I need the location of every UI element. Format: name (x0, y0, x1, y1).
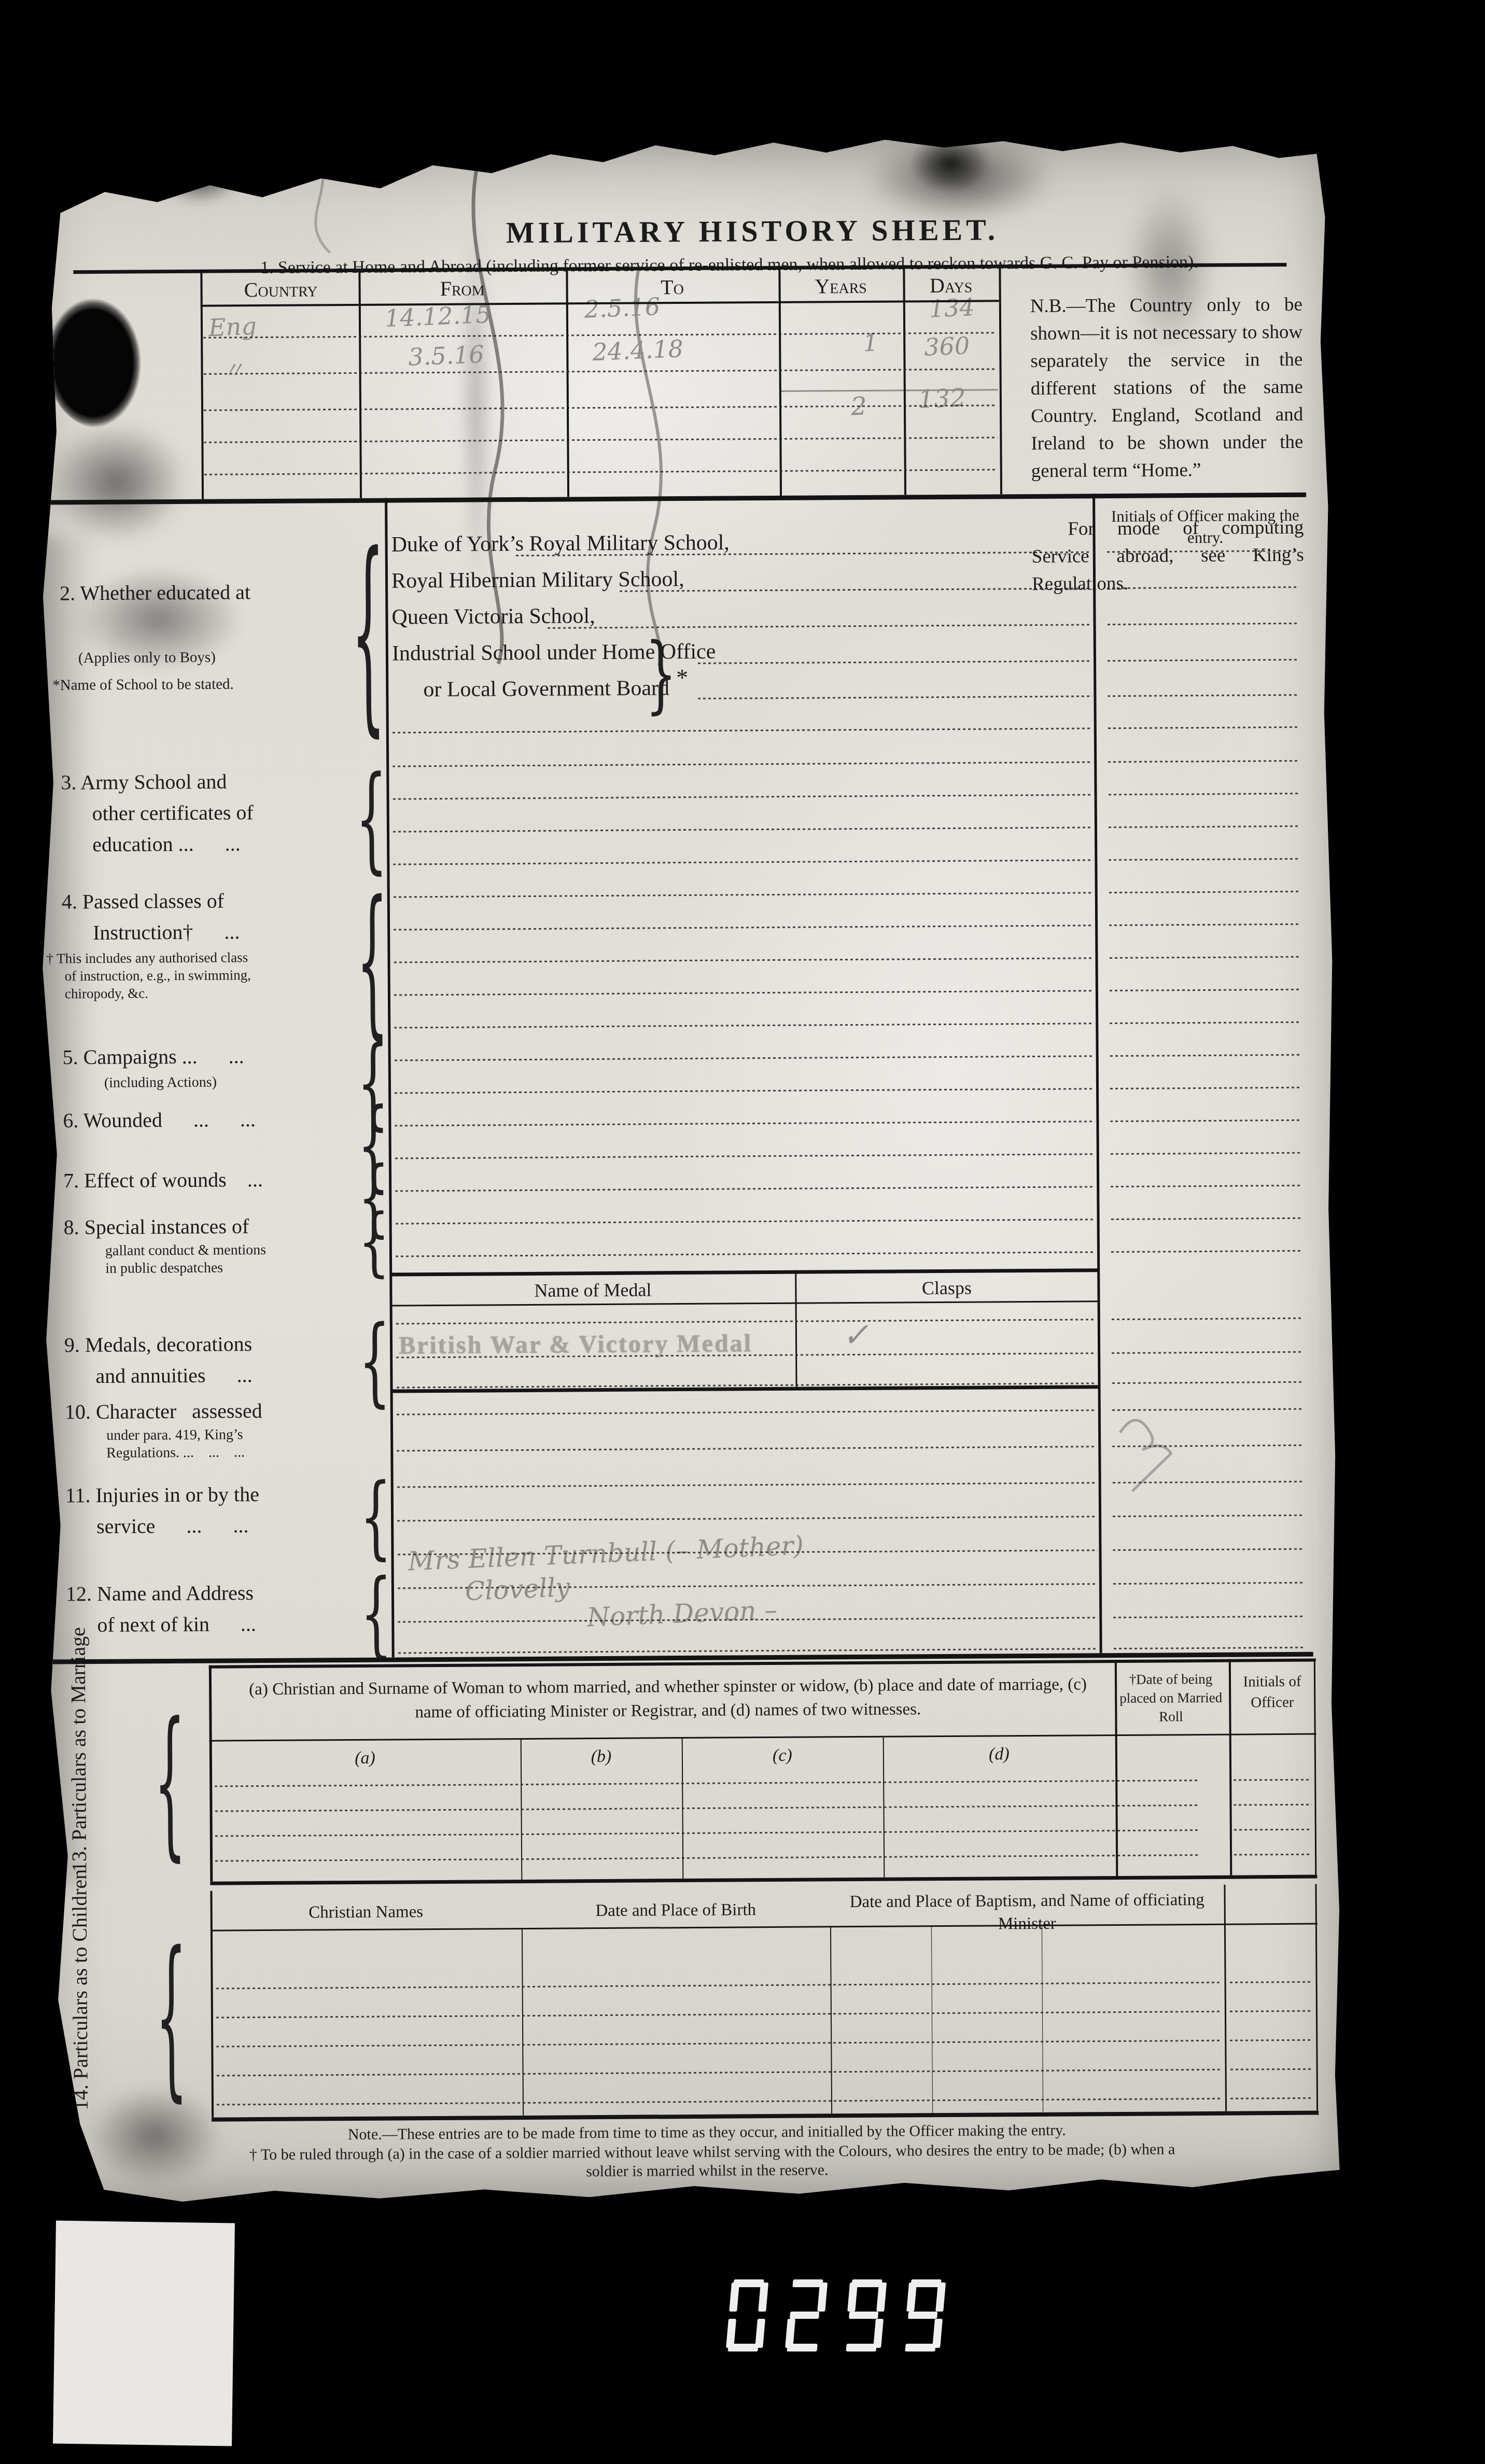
section2-option-5: or Local Government Board (423, 676, 669, 702)
dotted-rule (394, 990, 1094, 996)
dotted-rule (1112, 1445, 1303, 1447)
table-rule (358, 270, 362, 498)
dotted-rule (397, 1382, 1097, 1388)
dotted-rule (398, 1648, 1098, 1654)
frame-number-digit (781, 2277, 829, 2355)
entry-to-2: 24.4.18 (592, 334, 684, 366)
section10-note1: under para. 419, King’s (106, 1426, 243, 1444)
dotted-rule (1113, 1481, 1304, 1483)
frame-number-digit (722, 2277, 769, 2355)
section7-label: 7. Effect of wounds ... (63, 1167, 263, 1193)
table-rule (209, 1733, 1316, 1742)
frame-number-digit (840, 2277, 888, 2355)
dotted-rule (1230, 2097, 1313, 2099)
dotted-rule (1109, 956, 1300, 959)
dotted-rule (1113, 1515, 1304, 1517)
nb-note: N.B.—The Country only to be shown—it is … (1030, 291, 1304, 485)
table-rule (1315, 1884, 1318, 2111)
dotted-rule (396, 1319, 1096, 1324)
dotted-rule (1230, 2068, 1313, 2070)
dotted-rule (1109, 793, 1299, 795)
section2-label: 2. Whether educated at (60, 580, 250, 605)
next-of-kin-name: Mrs Ellen Turnbull (– Mother) (408, 1530, 804, 1576)
frame-number-display (722, 2277, 947, 2355)
dotted-rule (397, 1516, 1097, 1521)
dotted-rule (215, 1780, 1197, 1787)
medal-clasps-header: Clasps (795, 1276, 1098, 1300)
dotted-rule (394, 892, 1094, 898)
section2-option-3: Queen Victoria School, (391, 604, 595, 629)
dotted-rule (1112, 1318, 1302, 1320)
entry-years-total: 2 (850, 391, 867, 421)
dotted-rule (1112, 1381, 1303, 1384)
section3-label: 3. Army School and (61, 769, 227, 794)
dotted-rule (1110, 1054, 1301, 1057)
entry-years-2: 1 (862, 328, 878, 357)
table-rule (212, 2111, 1319, 2122)
dotted-rule (1234, 1854, 1312, 1856)
dotted-rule (216, 1982, 1220, 1990)
section14-col3-header: Date and Place of Baptism, and Name of o… (845, 1888, 1209, 1936)
section5-note: (including Actions) (104, 1074, 217, 1091)
dotted-rule (397, 1446, 1097, 1451)
section13-brace: { (153, 1703, 186, 1865)
table-rule (999, 265, 1002, 494)
medal-name-header: Name of Medal (390, 1278, 795, 1303)
section9-label: 9. Medals, decorations (64, 1332, 252, 1357)
dotted-rule (1234, 1829, 1312, 1831)
dotted-rule (1109, 923, 1300, 926)
section8-note2: in public despatches (105, 1259, 223, 1277)
dotted-rule (393, 859, 1093, 865)
table-rule (830, 1927, 832, 2113)
table-rule (200, 271, 204, 499)
entry-days-total: 132 (918, 383, 966, 414)
section4-label2: Instruction† ... (93, 919, 240, 945)
dotted-rule (393, 727, 1092, 733)
table-rule (209, 1665, 213, 1882)
section13-initials-header: Initials of Officer (1232, 1671, 1312, 1713)
section9-label2: and annuities ... (95, 1363, 252, 1388)
section14-side-label: 14. Particulars as to Children (65, 1921, 134, 2111)
section13-col-b: (b) (521, 1746, 682, 1767)
table-rule (44, 493, 1306, 505)
smudge (145, 134, 255, 212)
section3-label2: other certificates of (92, 800, 254, 825)
page-title: MILITARY HISTORY SHEET. (200, 211, 1305, 252)
section14-brace: { (155, 1931, 188, 2105)
section2-note2: *Name of School to be stated. (52, 676, 234, 694)
dotted-rule (1111, 1185, 1301, 1187)
dotted-rule (394, 925, 1094, 930)
dotted-rule (397, 1409, 1097, 1415)
section2-right-brace: } (645, 633, 677, 717)
dotted-rule (1108, 726, 1299, 729)
dotted-rule (1108, 659, 1298, 662)
section13-married-roll-header: †Date of being placed on Married Roll (1119, 1670, 1223, 1726)
dotted-rule (396, 1251, 1096, 1257)
dotted-rule (1234, 1779, 1311, 1781)
table-rule (1314, 1659, 1317, 1875)
medal-stamp-entry: British War & Victory Medal (399, 1329, 752, 1360)
table-rule (566, 268, 569, 497)
dotted-rule (216, 2040, 1220, 2048)
dotted-rule (1108, 694, 1298, 697)
section6-label: 6. Wounded ... ... (63, 1107, 256, 1132)
dotted-rule (204, 404, 997, 411)
section2-option-2: Royal Hibernian Military School, (391, 567, 684, 593)
smudge (20, 401, 213, 563)
dotted-rule (1114, 1647, 1305, 1649)
dotted-rule (698, 660, 1092, 664)
section10-note2: Regulations. ... ... ... (106, 1444, 245, 1462)
frame-number-digit (899, 2277, 947, 2355)
section8-brace: { (358, 1205, 390, 1280)
col-header-from: From (358, 275, 566, 301)
section8-label: 8. Special instances of (63, 1214, 249, 1239)
table-rule (1042, 1926, 1043, 2112)
entry-days-2: 360 (923, 331, 970, 361)
scanner-card (53, 2221, 235, 2446)
dotted-rule (395, 1121, 1095, 1126)
table-rule (522, 1929, 524, 2116)
dotted-rule (393, 794, 1093, 800)
entry-country-2: 〃 (221, 351, 245, 385)
dotted-rule (1110, 1119, 1301, 1122)
table-rule (390, 1268, 1098, 1276)
dotted-rule (1112, 1408, 1303, 1411)
dotted-rule (1230, 2010, 1313, 2012)
section3-label3: education ... ... (92, 831, 241, 857)
medal-checkmark: ✓ (841, 1315, 870, 1354)
section4-label: 4. Passed classes of (62, 888, 225, 914)
dotted-rule (1113, 1582, 1304, 1585)
next-of-kin-town: Clovelly (465, 1572, 571, 1606)
dotted-rule (1110, 989, 1300, 991)
dotted-rule (395, 1186, 1095, 1192)
dotted-rule (548, 624, 1092, 628)
dotted-rule (1108, 623, 1298, 625)
section14-col2-header: Date and Place of Birth (522, 1900, 830, 1921)
dotted-rule (1113, 1548, 1304, 1551)
dotted-rule (393, 827, 1093, 832)
section14-col1-header: Christian Names (211, 1902, 522, 1923)
section2-option-1: Duke of York’s Royal Military School, (391, 530, 729, 557)
dotted-rule (395, 1055, 1095, 1061)
table-rule (210, 1875, 1317, 1885)
table-rule (1115, 1660, 1118, 1876)
dotted-rule (395, 1153, 1095, 1159)
section2-note1: (Applies only to Boys) (78, 649, 216, 667)
section2-asterisk: * (676, 664, 688, 691)
entry-days-1: 134 (929, 293, 975, 323)
section4-footnote3: chiropody, &c. (65, 985, 148, 1002)
dotted-rule (1112, 1351, 1302, 1354)
entry-to-1: 2.5.16 (584, 292, 661, 324)
dotted-rule (394, 1023, 1094, 1028)
section5-label: 5. Campaigns ... ... (62, 1044, 244, 1069)
section13-header: (a) Christian and Surname of Woman to wh… (243, 1672, 1094, 1725)
scanned-page-viewer: MILITARY HISTORY SHEET. 1. Service at Ho… (0, 0, 1485, 2464)
dotted-rule (698, 695, 1092, 699)
section12-label: 12. Name and Address (66, 1580, 254, 1606)
dotted-rule (396, 1219, 1096, 1224)
dotted-rule (1109, 891, 1300, 893)
section3-brace: { (355, 762, 387, 877)
dotted-rule (216, 2011, 1220, 2019)
section4-footnote2: of instruction, e.g., in swimming, (65, 967, 251, 984)
dotted-rule (1111, 1250, 1302, 1253)
dotted-rule (1111, 1152, 1301, 1155)
table-rule (903, 266, 906, 495)
dotted-rule (393, 761, 1092, 767)
dotted-rule (1234, 1804, 1311, 1806)
section4-brace: { (356, 881, 389, 1043)
section12-label2: of next of kin ... (97, 1612, 256, 1637)
dotted-rule (1230, 1981, 1313, 1983)
dotted-rule (215, 1829, 1198, 1837)
table-rule (931, 1926, 933, 2113)
dotted-rule (1108, 760, 1299, 763)
section9-brace: { (359, 1314, 391, 1410)
dotted-rule (620, 587, 1091, 592)
dotted-rule (215, 1854, 1198, 1862)
dotted-rule (204, 437, 997, 443)
section10-label: 10. Character assessed (65, 1398, 262, 1424)
section11-label: 11. Injuries in or by the (65, 1482, 259, 1507)
dotted-rule (1111, 1217, 1302, 1220)
section2-brace: { (351, 529, 385, 740)
next-of-kin-county: North Devon – (586, 1595, 778, 1633)
section13-col-c: (c) (682, 1745, 883, 1766)
ink-hole-blot (45, 298, 142, 428)
dotted-rule (217, 2098, 1220, 2106)
dotted-rule (1109, 858, 1299, 861)
table-rule (1224, 1885, 1227, 2111)
dotted-rule (1110, 1021, 1300, 1024)
section13-col-d: (d) (883, 1744, 1115, 1765)
entry-from-2: 3.5.16 (408, 340, 484, 371)
table-rule (391, 1385, 1099, 1393)
dotted-rule (1113, 1616, 1304, 1618)
initials-column-header: Initials of Officer making the entry. (1109, 505, 1301, 549)
section11-brace: { (360, 1473, 392, 1563)
col-header-years: Years (778, 273, 903, 298)
dotted-rule (204, 469, 998, 475)
dotted-rule (204, 368, 997, 374)
military-history-sheet: MILITARY HISTORY SHEET. 1. Service at Ho… (26, 135, 1350, 2206)
section4-footnote1: † This includes any authorised class (46, 949, 248, 967)
dotted-rule (1109, 825, 1299, 828)
table-rule (51, 1652, 1313, 1664)
dotted-rule (395, 1088, 1095, 1094)
col-header-country: Country (203, 277, 358, 302)
dotted-rule (217, 2069, 1220, 2077)
section8-note1: gallant conduct & mentions (105, 1242, 266, 1259)
dotted-rule (215, 1804, 1198, 1812)
dotted-rule (394, 957, 1094, 963)
section13-side-label: 13. Particulars as to Marriage (64, 1693, 132, 1872)
table-rule (210, 1891, 214, 2118)
entry-from-1: 14.12.15 (384, 300, 492, 332)
table-rule (1092, 494, 1102, 1653)
dotted-rule (1230, 2039, 1313, 2041)
section13-col-a: (a) (209, 1747, 521, 1769)
entry-country-1: Eng (208, 312, 257, 342)
dotted-rule (1110, 1087, 1301, 1089)
dotted-rule (397, 1482, 1097, 1488)
table-rule (778, 267, 782, 496)
smudge (902, 129, 999, 197)
section12-brace: { (360, 1568, 393, 1661)
section11-label2: service ... ... (96, 1513, 249, 1538)
